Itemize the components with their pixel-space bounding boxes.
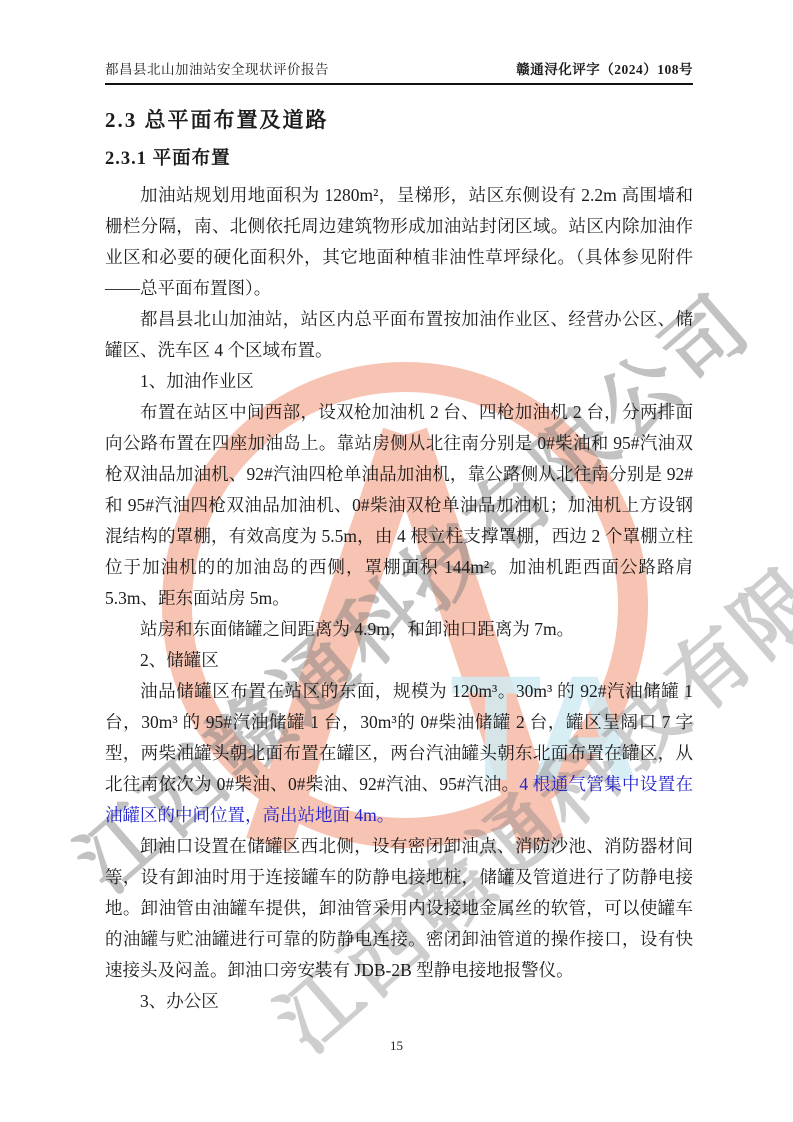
paragraph: 都昌县北山加油站，站区内总平面布置按加油作业区、经营办公区、储罐区、洗车区 4 … [105,304,693,366]
page-header: 都昌县北山加油站安全现状评价报告 赣通浔化评字（2024）108号 [105,58,693,85]
text-run: 1、加油作业区 [140,371,254,391]
document-content: 2.3 总平面布置及道路 2.3.1 平面布置 加油站规划用地面积为 1280m… [105,96,693,1017]
section-heading: 2.3 总平面布置及道路 [105,104,693,134]
paragraph: 卸油口设置在储罐区西北侧，设有密闭卸油点、消防沙池、消防器材间等，设有卸油时用于… [105,831,693,986]
text-run: 卸油口设置在储罐区西北侧，设有密闭卸油点、消防沙池、消防器材间等，设有卸油时用于… [105,836,693,980]
paragraph: 站房和东面储罐之间距离为 4.9m，和卸油口距离为 7m。 [105,614,693,645]
text-run: 2、储罐区 [140,650,219,670]
text-run: 都昌县北山加油站，站区内总平面布置按加油作业区、经营办公区、储罐区、洗车区 4 … [105,309,693,360]
text-run: 加油站规划用地面积为 1280m²，呈梯形，站区东侧设有 2.2m 高围墙和栅栏… [105,185,693,298]
text-run: 布置在站区中间西部，设双枪加油机 2 台、四枪加油机 2 台，分两排面向公路布置… [105,402,693,608]
list-item: 1、加油作业区 [105,366,693,397]
paragraph: 加油站规划用地面积为 1280m²，呈梯形，站区东侧设有 2.2m 高围墙和栅栏… [105,180,693,304]
document-page: TA 江西赣通科技有限公司 江西赣通科技有限公司 都昌县北山加油站安全现状评价报… [0,0,793,1122]
text-run: 站房和东面储罐之间距离为 4.9m，和卸油口距离为 7m。 [140,619,574,639]
header-report-title: 都昌县北山加油站安全现状评价报告 [105,58,329,78]
paragraph: 布置在站区中间西部，设双枪加油机 2 台、四枪加油机 2 台，分两排面向公路布置… [105,397,693,614]
text-run: 3、办公区 [140,991,219,1011]
page-number: 15 [0,1038,793,1054]
paragraph: 油品储罐区布置在站区的东面，规模为 120m³。30m³ 的 92#汽油储罐 1… [105,676,693,831]
body-paragraphs: 加油站规划用地面积为 1280m²，呈梯形，站区东侧设有 2.2m 高围墙和栅栏… [105,180,693,1017]
header-document-number: 赣通浔化评字（2024）108号 [516,58,693,78]
subsection-heading: 2.3.1 平面布置 [105,144,693,170]
list-item: 2、储罐区 [105,645,693,676]
list-item: 3、办公区 [105,986,693,1017]
